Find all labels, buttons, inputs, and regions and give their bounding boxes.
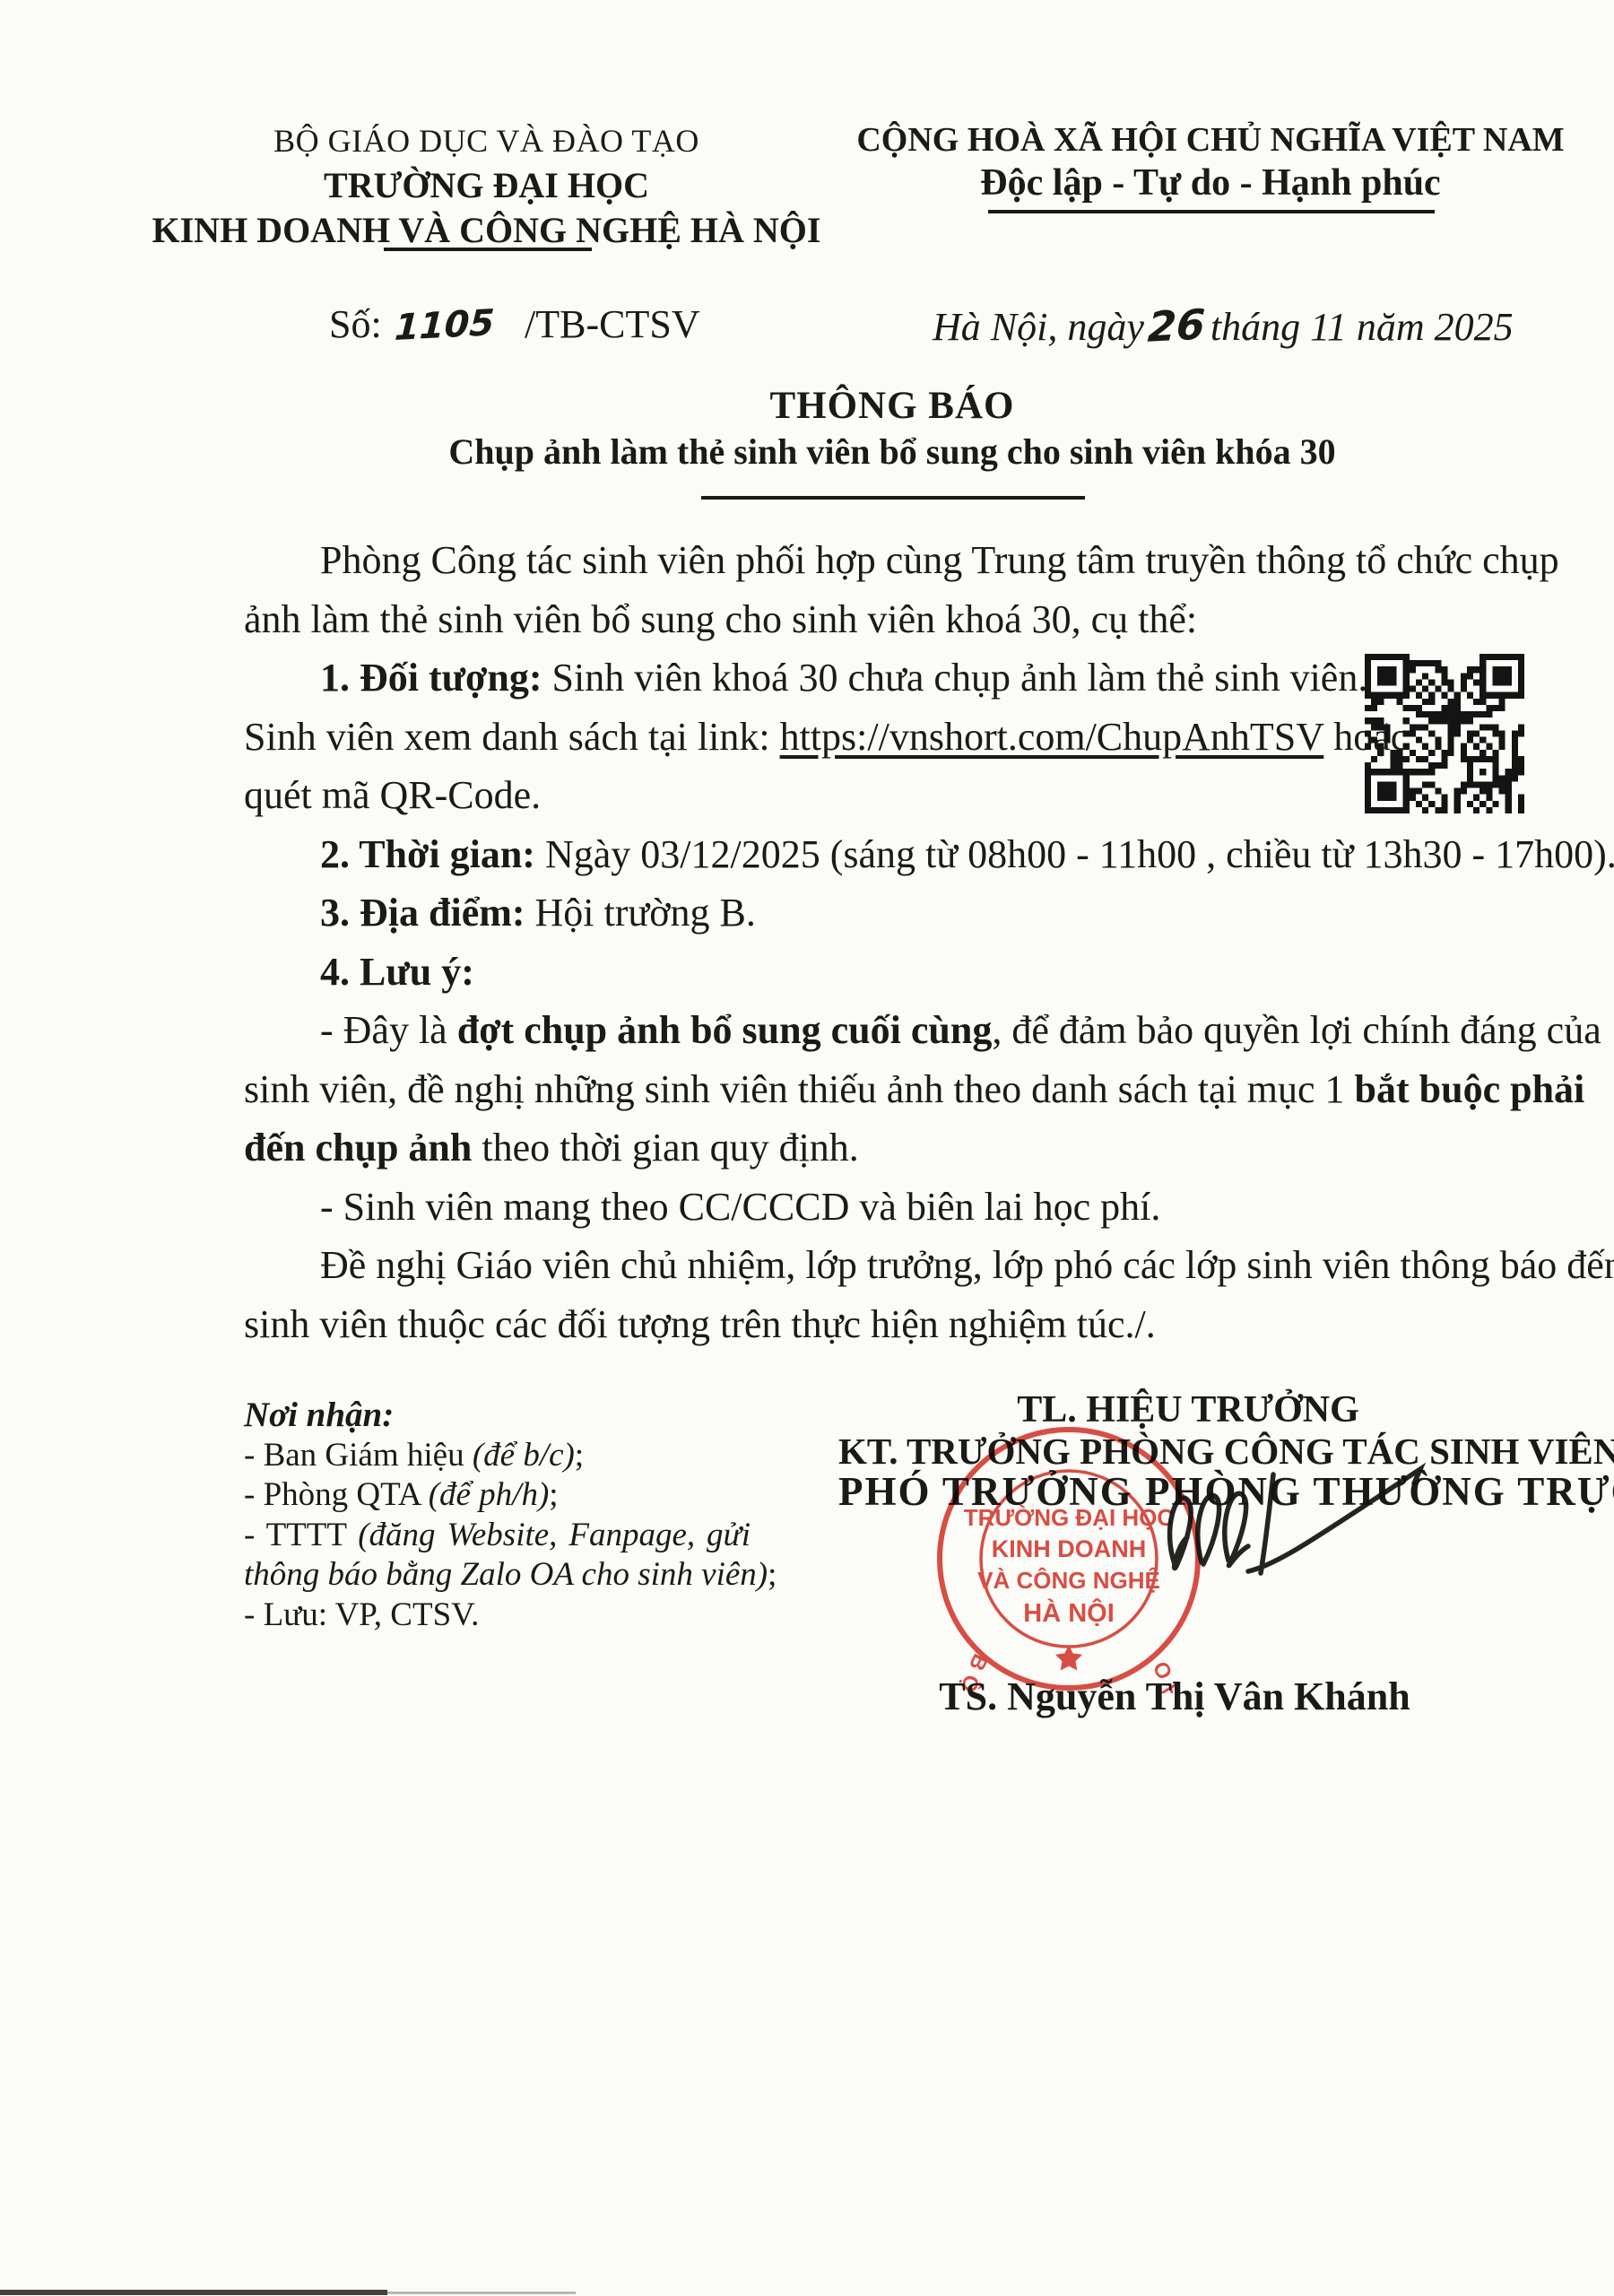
text-segment: (đăng Website, Fanpage, gửi — [358, 1517, 751, 1553]
document-title: THÔNG BÁO — [242, 384, 1542, 428]
body-line: - Đây là đợt chụp ảnh bổ sung cuối cùng,… — [244, 1001, 1589, 1060]
national-motto-block: CỘNG HOÀ XÃ HỘI CHỦ NGHĨA VIỆT NAM Độc l… — [838, 118, 1583, 204]
text-segment: sinh viên thuộc các đối tượng trên thực … — [244, 1302, 1156, 1346]
text-segment: Hội trường B. — [525, 891, 756, 935]
text-segment: - Lưu: VP, CTSV. — [244, 1596, 479, 1633]
text-segment: - Sinh viên mang theo CC/CCCD và biên la… — [320, 1185, 1160, 1229]
body-line: Đề nghị Giáo viên chủ nhiệm, lớp trưởng,… — [244, 1236, 1589, 1295]
stamp-center-line2: KINH DOANH — [992, 1535, 1147, 1562]
university-name-line1: TRƯỜNG ĐẠI HỌC — [148, 163, 825, 208]
body-line: 1. Đối tượng: Sinh viên khoá 30 chưa chụ… — [244, 648, 1365, 708]
text-segment: bắt buộc phải — [1355, 1067, 1585, 1111]
recipient-line: - Ban Giám hiệu (để b/c); — [244, 1436, 751, 1476]
scan-edge-artifact — [0, 2290, 387, 2295]
ref-label: Số: — [329, 302, 382, 346]
text-segment: 4. Lưu ý: — [320, 950, 474, 994]
text-segment: 2. Thời gian: — [320, 832, 535, 876]
text-segment: ảnh làm thẻ sinh viên bổ sung cho sinh v… — [244, 597, 1197, 641]
recipients-heading: Nơi nhận: — [244, 1396, 751, 1436]
text-segment: - Phòng QTA — [244, 1476, 429, 1513]
text-segment: sinh viên, đề nghị những sinh viên thiếu… — [244, 1067, 1355, 1111]
text-segment: quét mã QR-Code. — [244, 773, 541, 817]
text-segment: - Đây là — [320, 1008, 457, 1052]
issuing-authority-block: BỘ GIÁO DỤC VÀ ĐÀO TẠO TRƯỜNG ĐẠI HỌC KI… — [148, 118, 825, 253]
text-segment: Sinh viên khoá 30 chưa chụp ảnh làm thẻ … — [542, 656, 1368, 700]
recipient-line: - Phòng QTA (để ph/h); — [244, 1475, 751, 1516]
signer-name: TS. Nguyễn Thị Vân Khánh — [852, 1674, 1497, 1719]
text-segment: ; — [575, 1437, 584, 1474]
place-dateline: Hà Nội, ngày26tháng 11 năm 2025 — [933, 301, 1542, 350]
body-line: Phòng Công tác sinh viên phối hợp cùng T… — [244, 531, 1589, 590]
text-segment: ; — [549, 1476, 558, 1513]
text-segment: Đề nghị Giáo viên chủ nhiệm, lớp trưởng,… — [320, 1243, 1614, 1287]
text-segment: (để ph/h) — [429, 1476, 550, 1513]
body-line: đến chụp ảnh theo thời gian quy định. — [244, 1118, 1589, 1178]
recipient-line: - TTTT (đăng Website, Fanpage, gửi — [244, 1516, 751, 1556]
text-segment: 3. Địa điểm: — [320, 891, 525, 935]
stamp-star-icon — [1055, 1645, 1082, 1671]
text-segment: (để b/c) — [473, 1437, 575, 1474]
text-segment: - TTTT — [244, 1517, 358, 1553]
recipients-block: Nơi nhận: - Ban Giám hiệu (để b/c);- Phò… — [244, 1396, 751, 1635]
text-segment: , để đảm bảo quyền lợi chính đáng của — [992, 1008, 1601, 1052]
subtitle-rule — [701, 496, 1085, 500]
ref-number-handwritten: 1105 — [394, 302, 496, 349]
reference-number: Số:1105/TB-CTSV — [329, 301, 700, 347]
body-line: sinh viên, đề nghị những sinh viên thiếu… — [244, 1060, 1589, 1119]
text-segment: Phòng Công tác sinh viên phối hợp cùng T… — [320, 538, 1559, 582]
day-handwritten: 26 — [1147, 300, 1207, 352]
body-line: - Sinh viên mang theo CC/CCCD và biên la… — [244, 1178, 1589, 1237]
body-line: quét mã QR-Code. — [244, 766, 1365, 825]
text-segment: đợt chụp ảnh bổ sung cuối cùng — [457, 1008, 993, 1052]
text-segment: - Ban Giám hiệu — [244, 1437, 473, 1474]
stamp-center-line4: HÀ NỘI — [1023, 1597, 1115, 1628]
recipient-line: - Lưu: VP, CTSV. — [244, 1596, 751, 1636]
body-line: 4. Lưu ý: — [244, 943, 1589, 1002]
text-segment: đến chụp ảnh — [244, 1126, 472, 1170]
document-subtitle: Chụp ảnh làm thẻ sinh viên bổ sung cho s… — [242, 430, 1542, 473]
motto: Độc lập - Tự do - Hạnh phúc — [838, 161, 1583, 204]
text-segment: Sinh viên xem danh sách tại link: — [244, 715, 780, 759]
body-line: ảnh làm thẻ sinh viên bổ sung cho sinh v… — [244, 590, 1589, 649]
qr-code — [1365, 654, 1524, 813]
handwritten-signature — [1137, 1446, 1433, 1598]
scan-edge-artifact — [387, 2292, 576, 2294]
text-segment: thông báo bằng Zalo OA cho sinh viên) — [244, 1556, 768, 1593]
body-line: Sinh viên xem danh sách tại link: https:… — [244, 708, 1365, 767]
university-name-line2: KINH DOANH VÀ CÔNG NGHỆ HÀ NỘI — [148, 208, 825, 253]
republic-title: CỘNG HOÀ XÃ HỘI CHỦ NGHĨA VIỆT NAM — [838, 118, 1583, 161]
ministry-name: BỘ GIÁO DỤC VÀ ĐÀO TẠO — [148, 118, 825, 163]
text-segment: ; — [768, 1556, 777, 1593]
dateline-prefix: Hà Nội, ngày — [933, 305, 1144, 349]
body-line: 2. Thời gian: Ngày 03/12/2025 (sáng từ 0… — [244, 825, 1589, 884]
body-line: sinh viên thuộc các đối tượng trên thực … — [244, 1295, 1589, 1354]
ref-code: /TB-CTSV — [525, 302, 700, 346]
recipient-line: thông báo bằng Zalo OA cho sinh viên); — [244, 1555, 751, 1596]
text-segment: theo thời gian quy định. — [472, 1126, 858, 1170]
text-segment: Ngày 03/12/2025 (sáng từ 08h00 - 11h00 ,… — [535, 832, 1614, 876]
dateline-rest: tháng 11 năm 2025 — [1210, 305, 1514, 349]
stamp-center-line3: VÀ CÔNG NGHỆ — [977, 1567, 1160, 1594]
header-right-rule — [988, 210, 1435, 213]
text-segment: 1. Đối tượng: — [320, 656, 542, 700]
qr-link[interactable]: https://vnshort.com/ChupAnhTSV — [780, 715, 1324, 759]
header-left-rule — [384, 248, 592, 251]
body-line: 3. Địa điểm: Hội trường B. — [244, 883, 1589, 943]
scanned-document-page: { "document": { "header_left": { "line1"… — [0, 0, 1614, 2296]
